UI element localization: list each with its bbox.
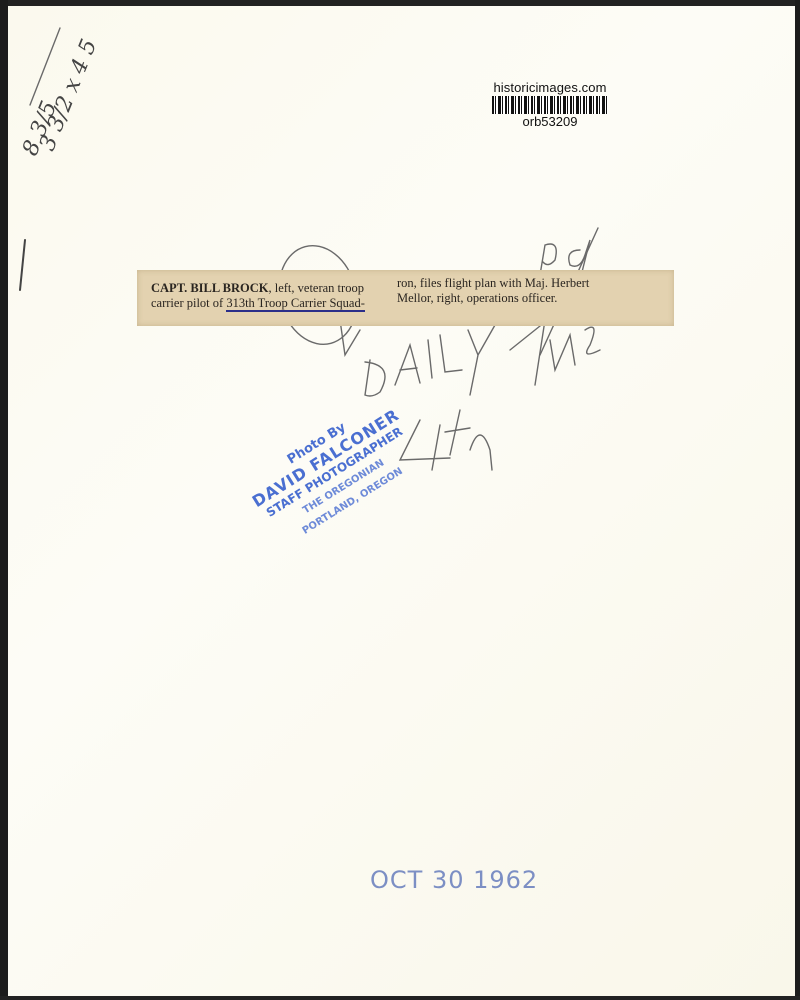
caption-right-line2: Mellor, right, operations officer. bbox=[397, 291, 667, 306]
caption-underlined-unit: 313th Troop Carrier Squad- bbox=[226, 296, 365, 312]
date-stamp: OCT 30 1962 bbox=[370, 866, 538, 894]
caption-line2-start: carrier pilot of bbox=[151, 296, 226, 310]
archive-site-name: historicimages.com bbox=[490, 80, 610, 95]
scan-border-right bbox=[795, 0, 800, 1000]
caption-subject-name: CAPT. BILL BROCK bbox=[151, 281, 269, 295]
archive-code: orb53209 bbox=[490, 114, 610, 129]
scan-border-bottom bbox=[0, 996, 800, 1000]
scan-border-left bbox=[0, 0, 8, 1000]
photo-back-paper bbox=[8, 6, 795, 996]
archive-label: historicimages.com orb53209 bbox=[490, 80, 610, 129]
caption-clipping: CAPT. BILL BROCK, left, veteran troop ca… bbox=[137, 270, 674, 326]
caption-right-line1: ron, files flight plan with Maj. Herbert bbox=[397, 276, 667, 291]
caption-line1-rest: , left, veteran troop bbox=[269, 281, 364, 295]
barcode-icon bbox=[492, 96, 608, 114]
caption-right-column: ron, files flight plan with Maj. Herbert… bbox=[397, 276, 667, 306]
caption-left-column: CAPT. BILL BROCK, left, veteran troop ca… bbox=[151, 281, 401, 311]
